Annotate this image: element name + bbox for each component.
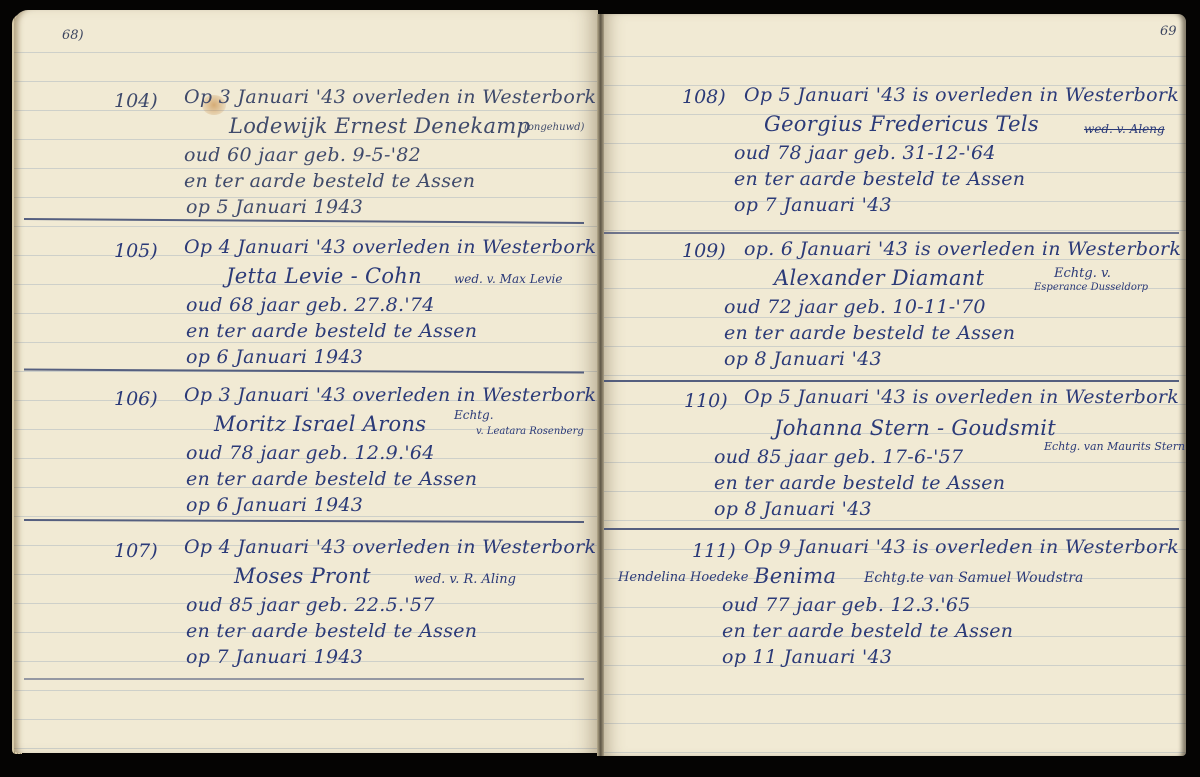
entry-number: 107) [114, 540, 158, 562]
entry-burial-date: op 7 Januari '43 [734, 194, 892, 216]
entry-name-prefix: Hendelina Hoedeke [618, 570, 748, 585]
entry-name-note: Echtg. [454, 408, 494, 422]
entry-name: Johanna Stern - Goudsmit [774, 416, 1056, 440]
entry-name-note: (ongehuwd) [524, 122, 584, 133]
entry-name: Georgius Fredericus Tels [764, 112, 1039, 136]
entry-age-birth: oud 72 jaar geb. 10-11-'70 [724, 296, 986, 318]
entry-name: Moses Pront [234, 564, 371, 588]
entry-number: 105) [114, 240, 158, 262]
entry-spouse-note: Esperance Dusseldorp [1034, 282, 1148, 293]
entry-spouse-note: v. Leatara Rosenberg [476, 426, 584, 437]
entry-divider [604, 528, 1179, 530]
entry-divider [24, 218, 584, 224]
entry-age-birth: oud 77 jaar geb. 12.3.'65 [722, 594, 971, 616]
entry-number: 111) [692, 540, 736, 562]
entry-burial-place: en ter aarde besteld te Assen [734, 168, 1025, 190]
entry-death-line: op. 6 Januari '43 is overleden in Wester… [744, 238, 1181, 260]
entry-name: Jetta Levie - Cohn [226, 264, 422, 288]
entry-death-line: Op 9 Januari '43 is overleden in Westerb… [744, 536, 1179, 558]
entry-age-birth: oud 78 jaar geb. 12.9.'64 [186, 442, 435, 464]
entry-burial-date: op 6 Januari 1943 [186, 494, 363, 516]
entry-burial-date: op 6 Januari 1943 [186, 346, 363, 368]
entry-name: Alexander Diamant [774, 266, 984, 290]
left-page: 68) 104) Op 3 Januari '43 overleden in W… [14, 10, 598, 753]
entry-number: 108) [682, 86, 726, 108]
entry-burial-date: op 7 Januari 1943 [186, 646, 363, 668]
entry-divider [24, 369, 584, 374]
entry-burial-place: en ter aarde besteld te Assen [722, 620, 1013, 642]
entry-name: Lodewijk Ernest Denekamp [229, 114, 530, 138]
entry-death-line: Op 4 Januari '43 overleden in Westerbork [184, 536, 596, 558]
entry-name-note: wed. v. Max Levie [454, 272, 562, 286]
entry-divider [24, 678, 584, 680]
entry-name: Benima [754, 564, 836, 588]
entry-age-birth: oud 68 jaar geb. 27.8.'74 [186, 294, 435, 316]
entry-death-line: Op 5 Januari '43 is overleden in Westerb… [744, 386, 1179, 408]
entry-age-birth: oud 85 jaar geb. 22.5.'57 [186, 594, 435, 616]
entry-age-birth: oud 60 jaar geb. 9-5-'82 [184, 144, 421, 166]
entry-divider [604, 380, 1179, 382]
entry-burial-date: op 5 Januari 1943 [186, 196, 363, 218]
entry-divider [604, 232, 1179, 234]
entry-burial-place: en ter aarde besteld te Assen [714, 472, 1005, 494]
entry-burial-date: op 8 Januari '43 [714, 498, 872, 520]
entry-number: 110) [684, 390, 728, 412]
entry-number: 109) [682, 240, 726, 262]
entry-burial-place: en ter aarde besteld te Assen [186, 620, 477, 642]
entry-burial-place: en ter aarde besteld te Assen [184, 170, 475, 192]
entry-name-note: wed. v. R. Aling [414, 572, 516, 587]
entry-name: Moritz Israel Arons [214, 412, 426, 436]
entry-name-note: Echtg.te van Samuel Woudstra [864, 570, 1083, 586]
entry-number: 104) [114, 90, 158, 112]
entry-burial-place: en ter aarde besteld te Assen [186, 320, 477, 342]
entry-death-line: Op 4 Januari '43 overleden in Westerbork [184, 236, 596, 258]
entry-name-note: Echtg. van Maurits Stern [1044, 440, 1185, 453]
entry-burial-date: op 11 Januari '43 [722, 646, 892, 668]
entry-death-line: Op 3 Januari '43 overleden in Westerbork [184, 384, 596, 406]
entry-number: 106) [114, 388, 158, 410]
page-number: 68) [62, 28, 84, 43]
page-number: 69 [1160, 24, 1177, 39]
entry-burial-place: en ter aarde besteld te Assen [724, 322, 1015, 344]
entry-divider [24, 519, 584, 523]
entry-burial-date: op 8 Januari '43 [724, 348, 882, 370]
entry-age-birth: oud 78 jaar geb. 31-12-'64 [734, 142, 996, 164]
entry-death-line: Op 3 Januari '43 overleden in Westerbork [184, 86, 596, 108]
entry-death-line: Op 5 Januari '43 is overleden in Westerb… [744, 84, 1179, 106]
entry-name-note: wed. v. Aleng [1084, 122, 1165, 136]
entry-name-note: Echtg. v. [1054, 266, 1111, 281]
right-page: 69 108) Op 5 Januari '43 is overleden in… [604, 14, 1186, 756]
entry-burial-place: en ter aarde besteld te Assen [186, 468, 477, 490]
entry-age-birth: oud 85 jaar geb. 17-6-'57 [714, 446, 963, 468]
